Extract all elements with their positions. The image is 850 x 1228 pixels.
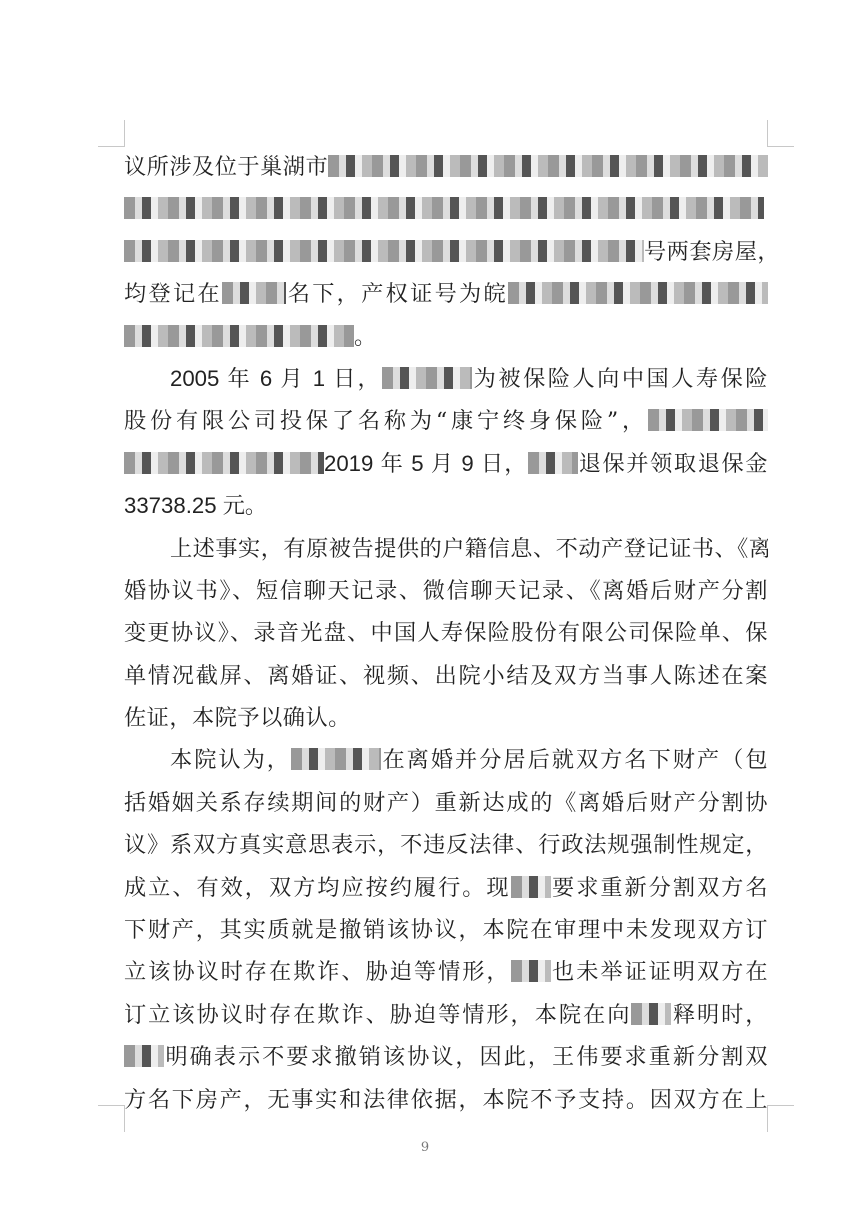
redacted-text	[528, 452, 578, 474]
text-line: 议》系双方真实意思表示，不违反法律、行政法规强制性规定，	[124, 824, 768, 866]
crop-mark-top-right-h	[767, 146, 794, 147]
text-segment: 上述事实，有原被告提供的户籍信息、不动产登记证书、《离	[170, 536, 768, 562]
text-segment: 单情况截屏、离婚证、视频、出院小结及双方当事人陈述在案	[124, 663, 768, 689]
text-line: 。	[124, 316, 768, 358]
text-line: 本院认为，在离婚并分居后就双方名下财产（包	[124, 739, 768, 781]
text-segment: 议》系双方真实意思表示，不违反法律、行政法规强制性规定，	[124, 832, 768, 858]
redacted-text	[291, 748, 381, 770]
crop-mark-top-left-v	[124, 120, 125, 147]
redacted-text	[124, 452, 324, 474]
text-line: 明确表示不要求撤销该协议，因此，王伟要求重新分割双	[124, 1036, 768, 1078]
text-segment: 方名下房产，无事实和法律依据，本院不予支持。因双方在上	[124, 1087, 768, 1113]
text-segment: 立该协议时存在欺诈、胁迫等情形，	[124, 959, 511, 985]
text-segment: 订立该协议时存在欺诈、胁迫等情形，本院在向	[124, 1002, 631, 1028]
text-line: 方名下房产，无事实和法律依据，本院不予支持。因双方在上	[124, 1079, 768, 1121]
text-line: 成立、有效，双方均应按约履行。现要求重新分割双方名	[124, 867, 768, 909]
text-segment: 在离婚并分居后就双方名下财产（包	[381, 747, 768, 773]
document-body: 议所涉及位于巢湖市号两套房屋，均登记在名下，产权证号为皖。2005 年 6 月 …	[124, 146, 768, 1121]
redacted-text	[382, 367, 472, 389]
text-segment: 明确表示不要求撤销该协议，因此，王伟要求重新分割双	[164, 1044, 768, 1070]
redacted-text	[124, 197, 764, 219]
text-segment: 退保并领取退保金	[578, 451, 768, 477]
redacted-text	[648, 409, 768, 431]
redacted-text	[511, 876, 551, 898]
text-segment: 释明时，	[671, 1002, 768, 1028]
text-segment: 2005 年 6 月 1 日，	[170, 366, 382, 391]
text-segment: 括婚姻关系存续期间的财产）重新达成的《离婚后财产分割协	[124, 790, 768, 816]
text-segment: 均登记在	[124, 281, 222, 307]
crop-mark-bottom-left-h	[98, 1105, 125, 1106]
text-line: 下财产，其实质就是撤销该协议，本院在审理中未发现双方订	[124, 909, 768, 951]
text-segment: 要求重新分割双方名	[551, 875, 768, 901]
paragraph: 本院认为，在离婚并分居后就双方名下财产（包括婚姻关系存续期间的财产）重新达成的《…	[124, 739, 768, 1121]
text-line: 股份有限公司投保了名称为“康宁终身保险”，	[124, 400, 768, 442]
text-segment: 变更协议》、录音光盘、中国人寿保险股份有限公司保险单、保	[124, 620, 768, 646]
text-segment: 本院认为，	[170, 747, 291, 773]
redacted-text	[124, 240, 644, 262]
text-line: 上述事实，有原被告提供的户籍信息、不动产登记证书、《离	[124, 528, 768, 570]
crop-mark-top-right-v	[767, 120, 768, 147]
redacted-text	[222, 282, 286, 304]
redacted-text	[631, 1003, 671, 1025]
text-segment: 2019 年 5 月 9 日，	[324, 451, 528, 476]
text-segment: 为被保险人向中国人寿保险	[472, 366, 768, 392]
paragraph: 2005 年 6 月 1 日，为被保险人向中国人寿保险股份有限公司投保了名称为“…	[124, 358, 768, 528]
text-segment: 号两套房屋，	[644, 239, 768, 265]
text-segment: 33738.25 元。	[124, 493, 267, 518]
paragraph: 议所涉及位于巢湖市号两套房屋，均登记在名下，产权证号为皖。	[124, 146, 768, 358]
redacted-text	[124, 325, 354, 347]
text-segment: 成立、有效，双方均应按约履行。现	[124, 875, 511, 901]
text-line: 括婚姻关系存续期间的财产）重新达成的《离婚后财产分割协	[124, 782, 768, 824]
text-line: 2005 年 6 月 1 日，为被保险人向中国人寿保险	[124, 358, 768, 400]
text-line: 均登记在名下，产权证号为皖	[124, 273, 768, 315]
text-segment: 佐证，本院予以确认。	[124, 705, 351, 731]
text-line: 订立该协议时存在欺诈、胁迫等情形，本院在向释明时，	[124, 994, 768, 1036]
text-line: 33738.25 元。	[124, 485, 768, 527]
text-segment: 。	[354, 324, 377, 350]
text-line: 单情况截屏、离婚证、视频、出院小结及双方当事人陈述在案	[124, 655, 768, 697]
redacted-text	[511, 960, 551, 982]
text-segment: 婚协议书》、短信聊天记录、微信聊天记录、《离婚后财产分割	[124, 578, 768, 604]
text-line: 变更协议》、录音光盘、中国人寿保险股份有限公司保险单、保	[124, 612, 768, 654]
text-line: 立该协议时存在欺诈、胁迫等情形，也未举证证明双方在	[124, 951, 768, 993]
text-segment: 也未举证证明双方在	[551, 959, 768, 985]
redacted-text	[124, 1045, 164, 1067]
page-number: 9	[0, 1140, 850, 1155]
text-line	[124, 188, 768, 230]
text-segment: 名下，产权证号为皖	[286, 281, 508, 307]
text-line: 佐证，本院予以确认。	[124, 697, 768, 739]
text-line: 2019 年 5 月 9 日，退保并领取退保金	[124, 443, 768, 485]
crop-mark-bottom-right-h	[767, 1105, 794, 1106]
text-segment: 议所涉及位于巢湖市	[124, 154, 328, 180]
text-line: 婚协议书》、短信聊天记录、微信聊天记录、《离婚后财产分割	[124, 570, 768, 612]
text-line: 号两套房屋，	[124, 231, 768, 273]
text-segment: 股份有限公司投保了名称为“康宁终身保险”，	[124, 408, 648, 434]
paragraph: 上述事实，有原被告提供的户籍信息、不动产登记证书、《离婚协议书》、短信聊天记录、…	[124, 528, 768, 740]
text-line: 议所涉及位于巢湖市	[124, 146, 768, 188]
redacted-text	[508, 282, 768, 304]
redacted-text	[328, 155, 768, 177]
text-segment: 下财产，其实质就是撤销该协议，本院在审理中未发现双方订	[124, 917, 768, 943]
crop-mark-top-left-h	[98, 146, 125, 147]
